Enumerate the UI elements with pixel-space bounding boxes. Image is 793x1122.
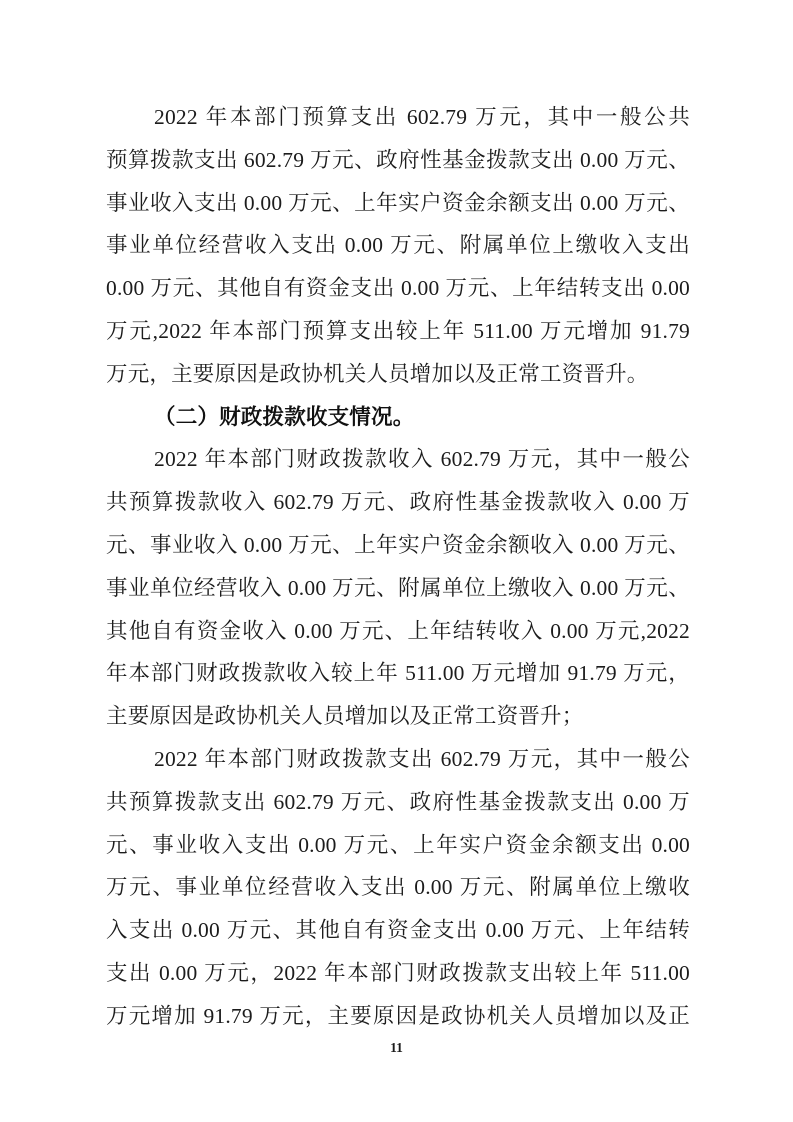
para1-line6: 万元,2022 年本部门预算支出较上年 511.00 万元增加 91.79 — [106, 310, 690, 353]
para2-line5: 其他自有资金收入 0.00 万元、上年结转收入 0.00 万元,2022 — [106, 610, 690, 653]
para3-line3: 元、事业收入支出 0.00 万元、上年实户资金余额支出 0.00 — [106, 824, 690, 867]
budget-text-block: 2022 年本部门预算支出 602.79 万元，其中一般公共 预算拨款支出 60… — [106, 96, 690, 1038]
para1-line4: 事业单位经营收入支出 0.00 万元、附属单位上缴收入支出 — [106, 224, 690, 267]
para3-line1: 2022 年本部门财政拨款支出 602.79 万元，其中一般公 — [106, 738, 690, 781]
para1-line7: 万元，主要原因是政协机关人员增加以及正常工资晋升。 — [106, 353, 690, 396]
para1-line5: 0.00 万元、其他自有资金支出 0.00 万元、上年结转支出 0.00 — [106, 267, 690, 310]
para2-line6: 年本部门财政拨款收入较上年 511.00 万元增加 91.79 万元， — [106, 652, 690, 695]
para3-line6: 支出 0.00 万元，2022 年本部门财政拨款支出较上年 511.00 — [106, 952, 690, 995]
para1-line2: 预算拨款支出 602.79 万元、政府性基金拨款支出 0.00 万元、 — [106, 139, 690, 182]
para2-line1: 2022 年本部门财政拨款收入 602.79 万元，其中一般公 — [106, 438, 690, 481]
para3-line2: 共预算拨款支出 602.79 万元、政府性基金拨款支出 0.00 万 — [106, 781, 690, 824]
para1-line3: 事业收入支出 0.00 万元、上年实户资金余额支出 0.00 万元、 — [106, 182, 690, 225]
para2-line3: 元、事业收入 0.00 万元、上年实户资金余额收入 0.00 万元、 — [106, 524, 690, 567]
para2-line7: 主要原因是政协机关人员增加以及正常工资晋升； — [106, 695, 690, 738]
para3-line5: 入支出 0.00 万元、其他自有资金支出 0.00 万元、上年结转 — [106, 909, 690, 952]
para2-line2: 共预算拨款收入 602.79 万元、政府性基金拨款收入 0.00 万 — [106, 481, 690, 524]
document-page: 2022 年本部门预算支出 602.79 万元，其中一般公共 预算拨款支出 60… — [0, 0, 793, 1122]
para3-line4: 万元、事业单位经营收入支出 0.00 万元、附属单位上缴收 — [106, 866, 690, 909]
para3-line7: 万元增加 91.79 万元，主要原因是政协机关人员增加以及正 — [106, 995, 690, 1038]
para1-line1: 2022 年本部门预算支出 602.79 万元，其中一般公共 — [106, 96, 690, 139]
para2-line4: 事业单位经营收入 0.00 万元、附属单位上缴收入 0.00 万元、 — [106, 567, 690, 610]
page-number: 11 — [0, 1038, 793, 1058]
section-heading: （二）财政拨款收支情况。 — [106, 396, 690, 439]
